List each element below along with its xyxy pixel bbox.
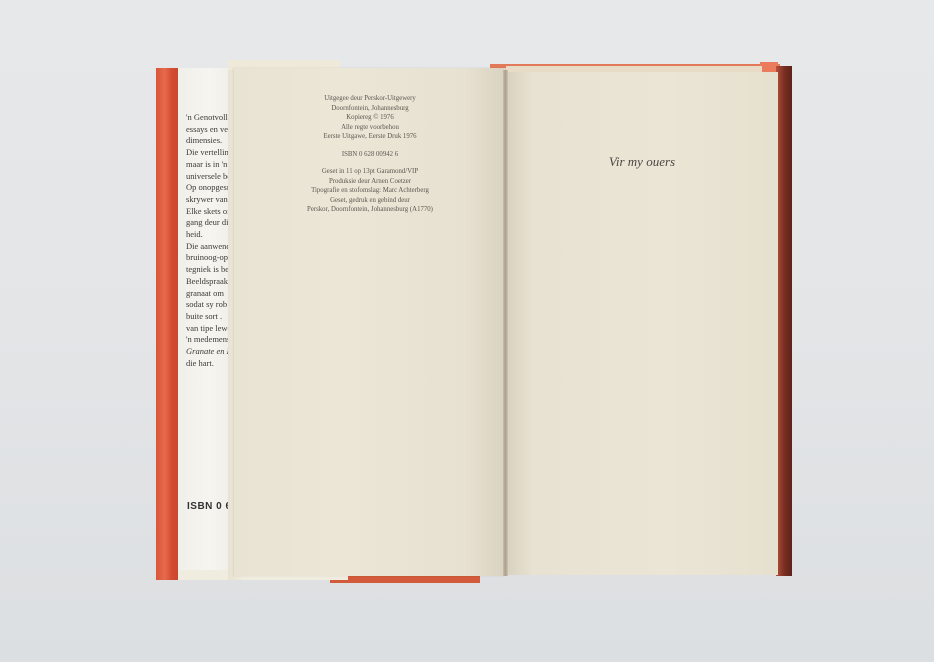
imprint-line: Eerste Uitgawe, Eerste Druk 1976 (234, 132, 506, 142)
imprint-line: Kopiereg © 1976 (234, 113, 506, 123)
imprint-line: Tipografie en stofomslag: Marc Achterber… (234, 186, 506, 196)
imprint-line: Produksie deur Arnen Coetzer (234, 177, 506, 187)
book-cover-left-edge (156, 68, 178, 580)
book-cover-bottom-edge (330, 575, 480, 583)
book-gutter (503, 70, 508, 576)
imprint-line: Uitgegee deur Perskor-Uitgewery (234, 94, 506, 104)
right-page: Vir my ouers (506, 72, 778, 575)
left-page: Uitgegee deur Perskor-Uitgewery Doornfon… (234, 68, 506, 576)
imprint-line: Doornfontein, Johannesburg (234, 104, 506, 114)
imprint-line: Geset in 11 op 13pt Garamond/VIP (234, 167, 506, 177)
dedication-text: Vir my ouers (506, 154, 778, 170)
flap-isbn: ISBN 0 6 (187, 501, 232, 512)
imprint-line: Geset, gedruk en gebind deur (234, 196, 506, 206)
imprint-line: Perskor, Doornfontein, Johannesburg (A17… (234, 205, 506, 215)
imprint-line: Alle regte voorbehou (234, 123, 506, 133)
imprint-isbn: ISBN 0 628 00942 6 (234, 150, 506, 160)
copyright-imprint: Uitgegee deur Perskor-Uitgewery Doornfon… (234, 94, 506, 215)
book-cover-right-edge (776, 66, 792, 576)
